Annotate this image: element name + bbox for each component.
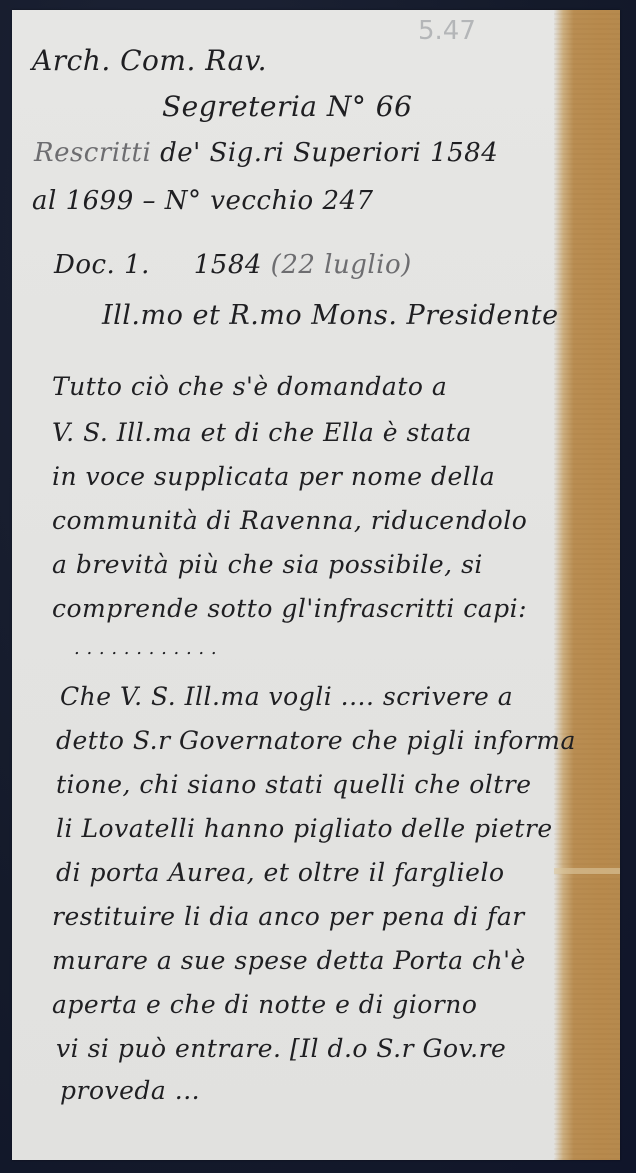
doc-year: 1584	[194, 250, 262, 280]
paragraph-line: restituire li dia anco per pena di far	[52, 902, 525, 931]
paragraph-line: in voce supplicata per nome della	[52, 462, 495, 491]
paragraph-line: aperta e che di notte e di giorno	[52, 990, 477, 1019]
paragraph-line: detto S.r Governatore che pigli informa	[56, 726, 576, 755]
salutation: Ill.mo et R.mo Mons. Presidente	[102, 300, 559, 331]
pencil-folio-number: 5.47	[418, 16, 476, 46]
collection-range: al 1699 – N° vecchio 247	[32, 186, 374, 216]
paragraph-line: proveda ...	[60, 1076, 200, 1105]
paragraph-line: li Lovatelli hanno pigliato delle pietre	[56, 814, 553, 843]
paragraph-line: murare a sue spese detta Porta ch'è	[52, 946, 526, 975]
doc-date-note: (22 luglio)	[271, 250, 412, 280]
paragraph-line: Tutto ciò che s'è domandato a	[52, 372, 447, 401]
collection-title-rescritti: Rescritti	[34, 138, 151, 168]
manuscript-sheet: 5.47 Arch. Com. Rav. Segreteria N° 66 Re…	[12, 10, 620, 1160]
paragraph-line: comprende sotto gl'infrascritti capi:	[52, 594, 527, 623]
paragraph-line: tione, chi siano stati quelli che oltre	[56, 770, 532, 799]
collection-title-rest: de' Sig.ri Superiori 1584	[160, 138, 498, 168]
paragraph-line: V. S. Ill.ma et di che Ella è stata	[52, 418, 472, 447]
collection-title: Rescritti de' Sig.ri Superiori 1584	[34, 138, 498, 168]
doc-reference: Doc. 1. 1584 (22 luglio)	[54, 250, 412, 280]
archive-reference: Arch. Com. Rav.	[32, 44, 267, 77]
paragraph-line: Che V. S. Ill.ma vogli .... scrivere a	[60, 682, 513, 711]
paragraph-line: vi si può entrare. [Il d.o S.r Gov.re	[56, 1034, 506, 1063]
paragraph-line: a brevità più che sia possibile, si	[52, 550, 483, 579]
discolored-edge-band	[554, 10, 620, 1160]
ellipsis-omission: . . . . . . . . . . . .	[74, 638, 217, 659]
fold-mark	[554, 868, 620, 874]
paragraph-line: di porta Aurea, et oltre il farglielo	[56, 858, 505, 887]
doc-label: Doc. 1.	[54, 250, 150, 280]
segreteria-number: Segreteria N° 66	[162, 90, 412, 123]
paragraph-line: communità di Ravenna, riducendolo	[52, 506, 527, 535]
